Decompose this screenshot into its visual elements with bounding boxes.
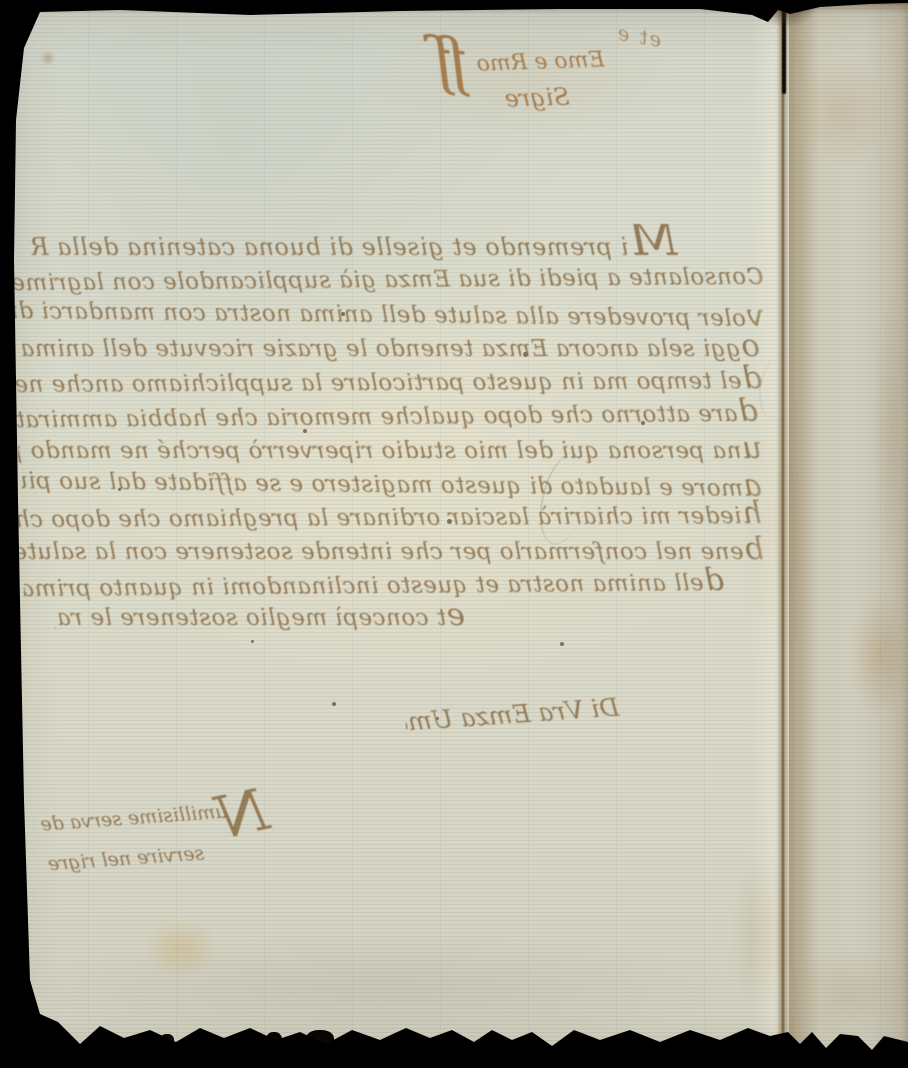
manuscript-sheet: et e Emo e Rmo Sigre ſſ Mi premendo et g… — [0, 0, 908, 1068]
edge-vignette — [0, 0, 908, 1068]
torn-edge-hole — [344, 1036, 364, 1050]
scan-stage: et e Emo e Rmo Sigre ſſ Mi premendo et g… — [0, 0, 908, 1068]
torn-edge-hole — [640, 1042, 648, 1048]
torn-edge-hole — [420, 1040, 430, 1048]
torn-edge-hole — [222, 1040, 230, 1048]
